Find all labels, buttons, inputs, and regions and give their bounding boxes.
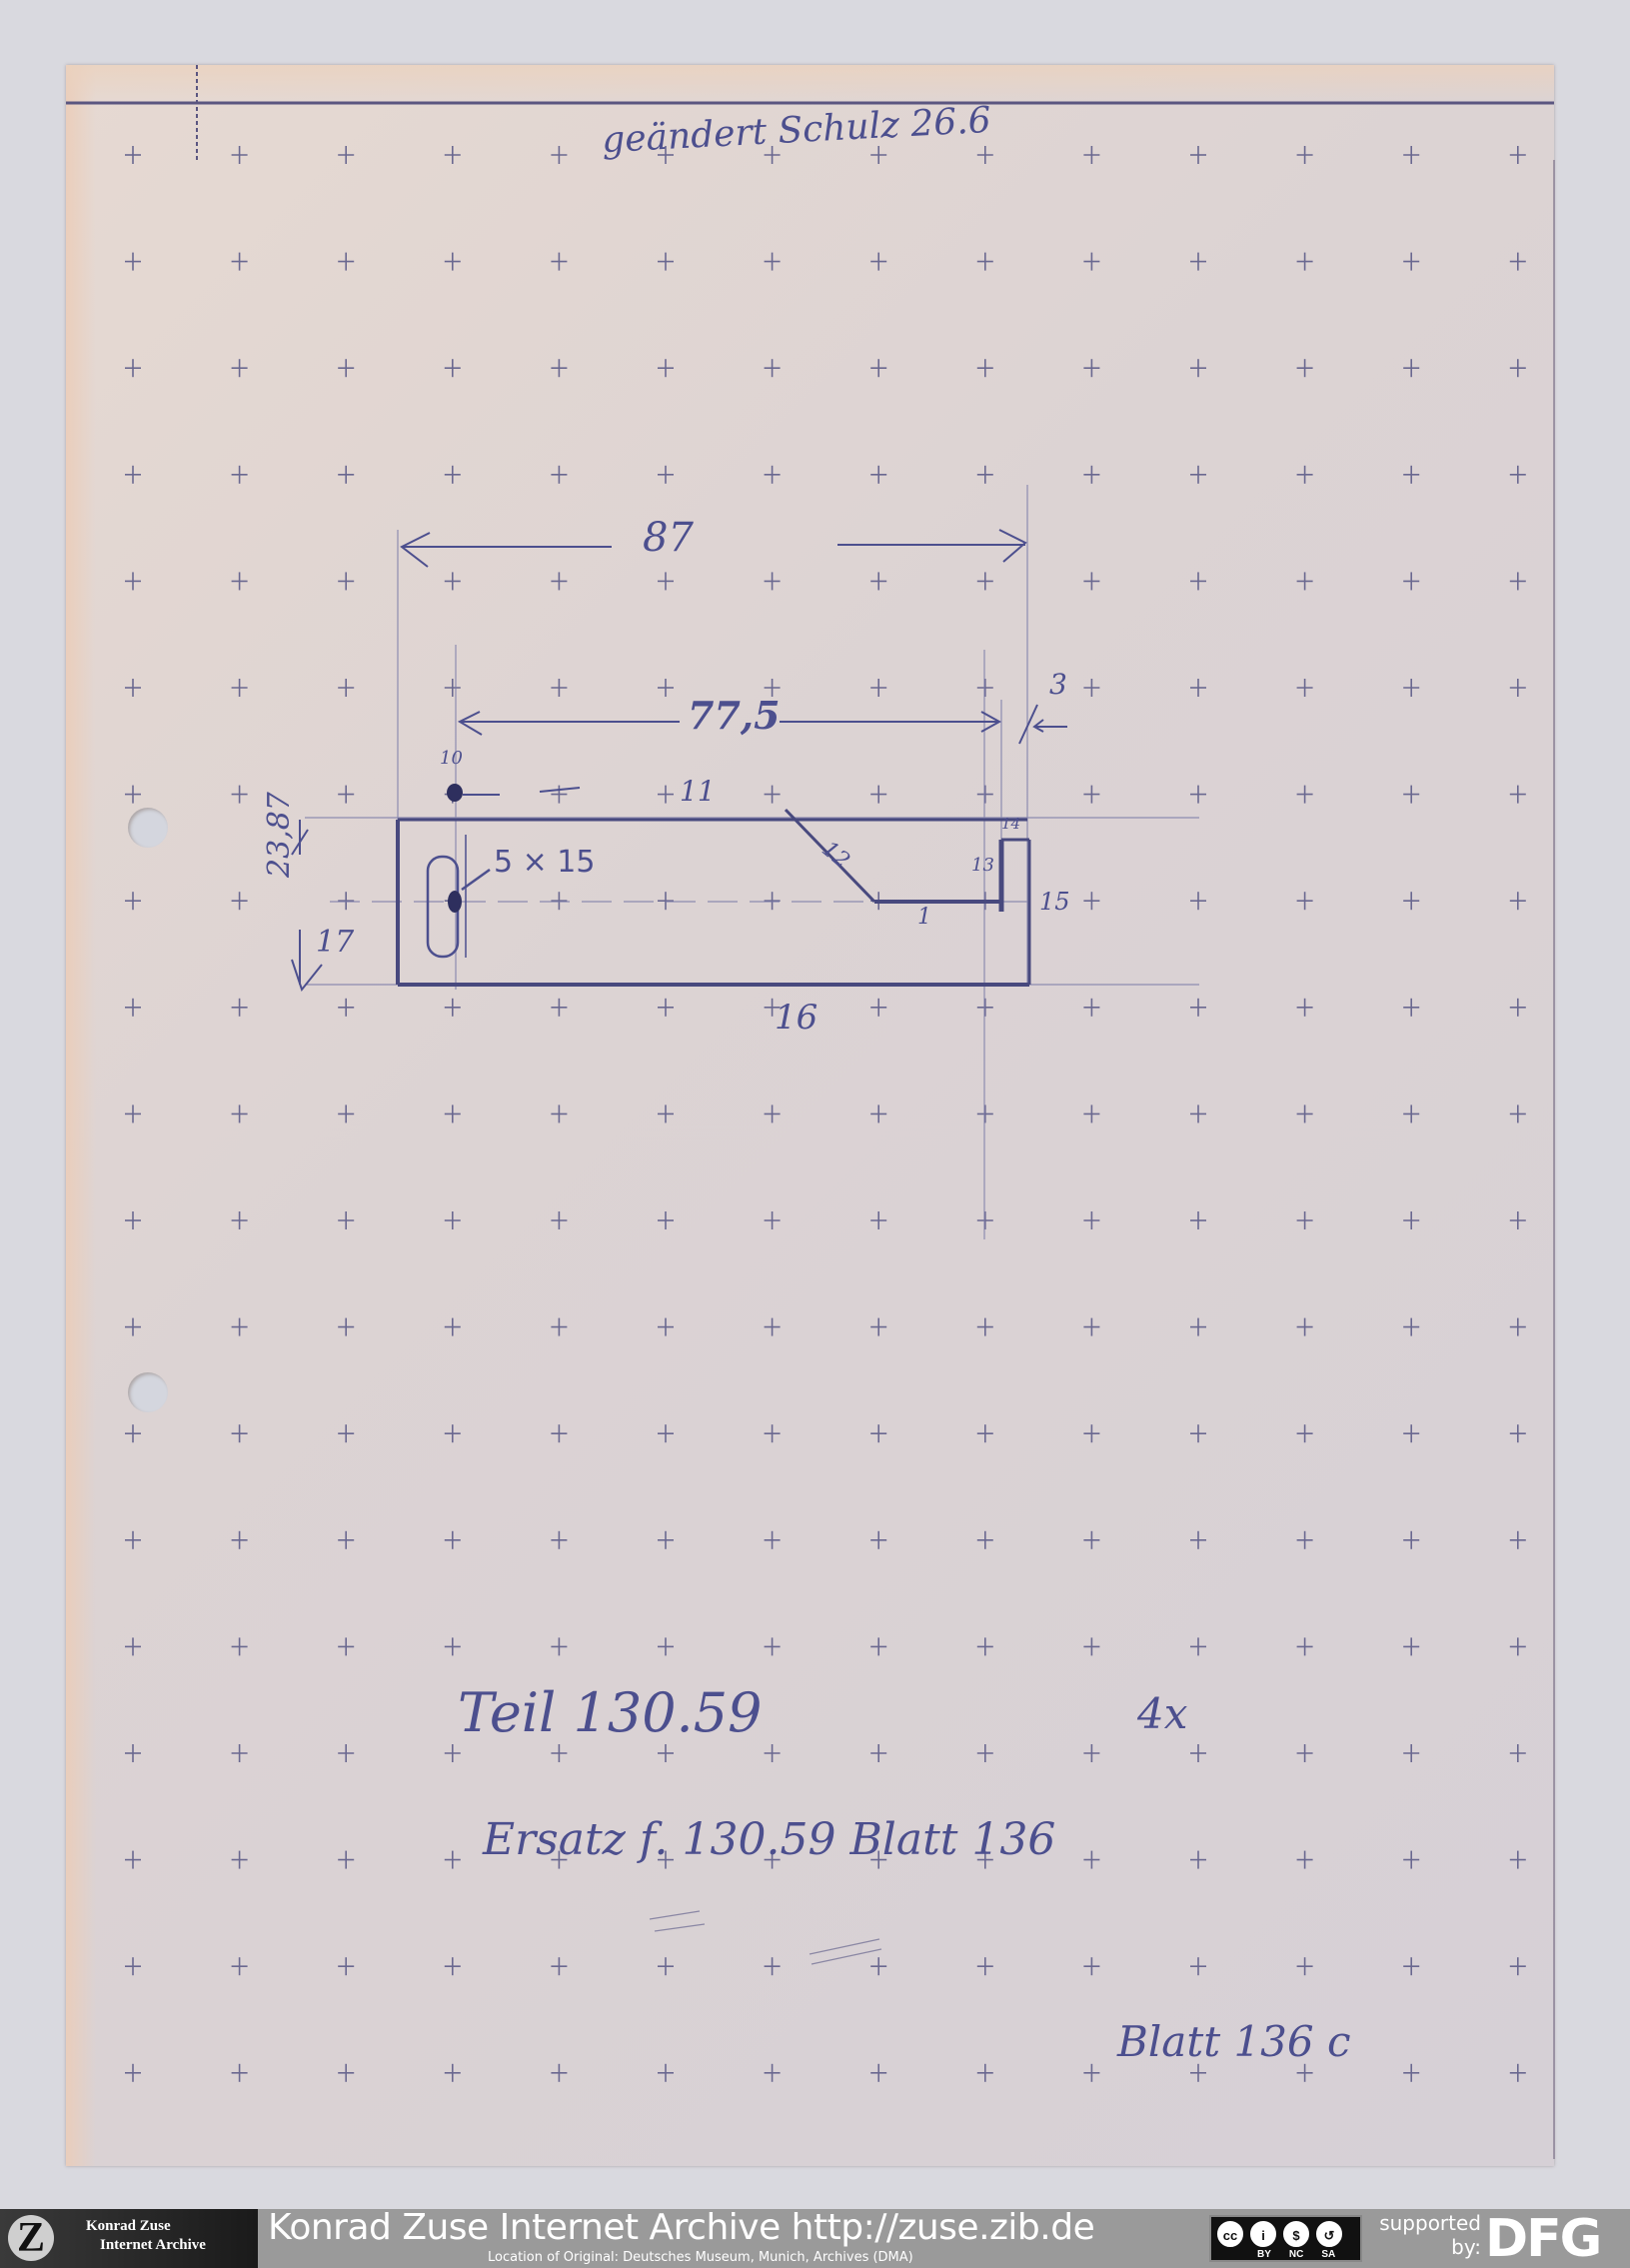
dimension-overall-length: 87 (643, 515, 694, 561)
point-label-17: 17 (316, 925, 354, 960)
punch-hole (128, 808, 168, 848)
point-label-11: 11 (680, 775, 716, 808)
paper-edge (66, 65, 1554, 101)
license-by: BY (1257, 2249, 1271, 2260)
supported-by-text: supported by: (1369, 2211, 1481, 2259)
dfg-logo[interactable]: DFG (1485, 2210, 1600, 2268)
point-label-14: 14 (1001, 815, 1020, 833)
logo-text: Konrad Zuse Internet Archive (86, 2217, 206, 2255)
attribution-icon: i (1248, 2219, 1278, 2249)
supported-line-2: by: (1369, 2235, 1481, 2259)
archive-footer: Z Konrad Zuse Internet Archive Konrad Zu… (0, 2209, 1630, 2268)
point-label-16: 16 (775, 998, 817, 1038)
archive-logo[interactable]: Z Konrad Zuse Internet Archive (0, 2209, 258, 2268)
logo-line-2: Internet Archive (86, 2236, 206, 2255)
sheet-number: Blatt 136 c (1117, 2017, 1350, 2066)
quantity: 4x (1137, 1689, 1187, 1738)
original-location: Location of Original: Deutsches Museum, … (488, 2250, 913, 2265)
cc-icon: cc (1215, 2219, 1245, 2249)
dimension-inner-length: 77,5 (688, 693, 781, 738)
part-label: Teil 130.59 (458, 1681, 762, 1744)
dimension-flange-thickness: 3 (1049, 668, 1067, 701)
punch-hole (128, 1372, 168, 1412)
point-label-15: 15 (1039, 888, 1070, 916)
logo-line-1: Konrad Zuse (86, 2217, 206, 2236)
sharealike-icon: ↺ (1314, 2219, 1344, 2249)
noncommercial-icon: $ (1281, 2219, 1311, 2249)
zuse-z-icon: Z (8, 2215, 54, 2261)
license-nc: NC (1289, 2249, 1303, 2260)
point-label-1: 1 (917, 905, 931, 930)
point-label-10: 10 (440, 748, 463, 769)
dimension-height: 23,87 (262, 792, 297, 878)
supported-line-1: supported (1369, 2211, 1481, 2235)
slot-dimension: 5 × 15 (494, 845, 595, 880)
replacement-note: Ersatz f. 130.59 Blatt 136 (483, 1814, 1055, 1865)
paper-edge (66, 65, 96, 2166)
point-label-13: 13 (971, 855, 994, 876)
license-sa: SA (1321, 2249, 1335, 2260)
cc-license-badge[interactable]: cc i $ ↺ BY NC SA (1209, 2215, 1362, 2262)
archive-title-link[interactable]: Konrad Zuse Internet Archive http://zuse… (268, 2207, 1094, 2248)
